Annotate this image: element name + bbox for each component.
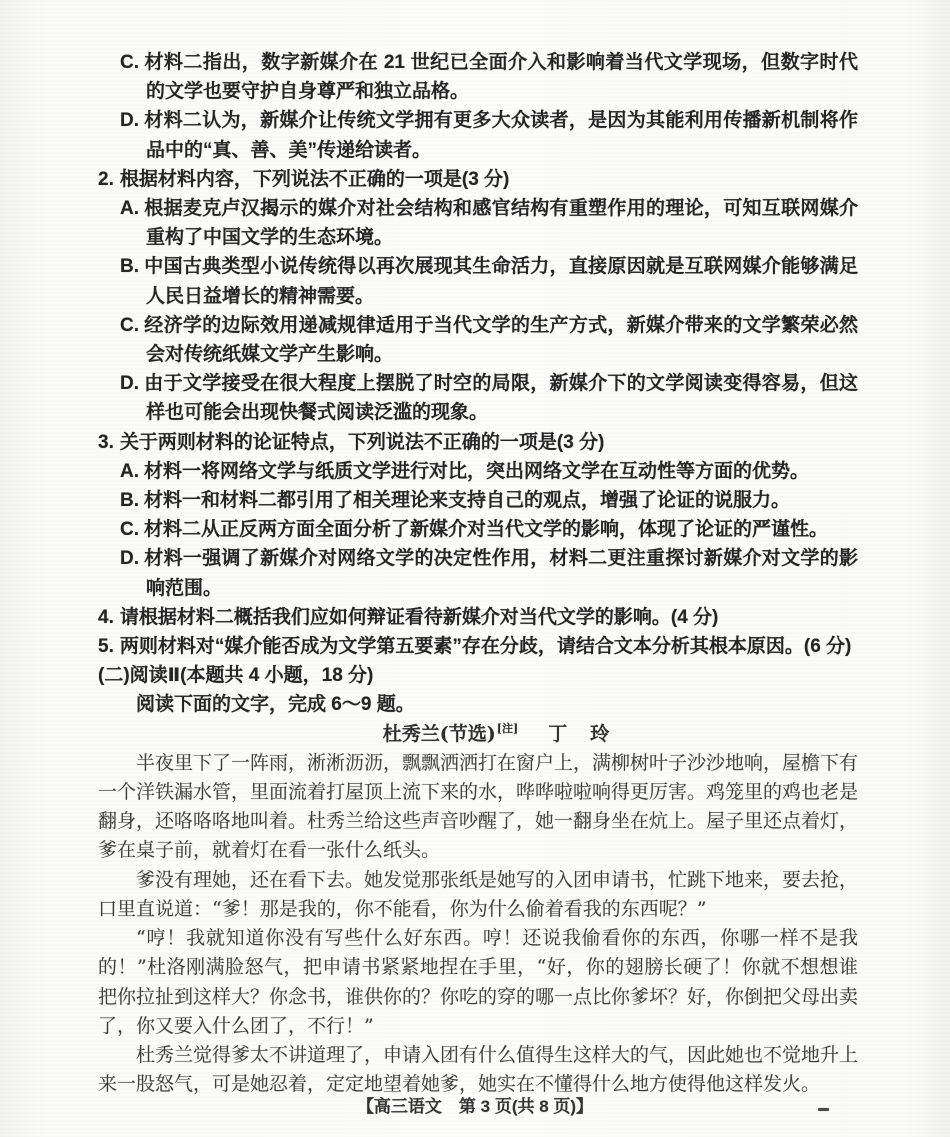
question-stem-text: 根据材料内容，下列说法不正确的一项是(3 分) bbox=[120, 169, 510, 190]
option-text: 材料一强调了新媒介对网络文学的决定性作用，材料二更注重探讨新媒介对文学的影响范围… bbox=[144, 548, 858, 598]
option-label: A. bbox=[120, 198, 139, 219]
option-text: 根据麦克卢汉揭示的媒介对社会结构和感官结构有重塑作用的理论，可知互联网媒介重构了… bbox=[144, 198, 858, 248]
question-number: 4. bbox=[98, 607, 114, 628]
question-stem-text: 两则材料对“媒介能否成为文学第五要素”存在分歧，请结合文本分析其根本原因。(6 … bbox=[120, 636, 852, 657]
option-row: A.根据麦克卢汉揭示的媒介对社会结构和感官结构有重塑作用的理论，可知互联网媒介重… bbox=[98, 194, 858, 252]
option-label: D. bbox=[120, 548, 139, 569]
question-number: 5. bbox=[98, 636, 114, 657]
option-label: A. bbox=[120, 461, 139, 482]
option-row: D.材料一强调了新媒介对网络文学的决定性作用，材料二更注重探讨新媒介对文学的影响… bbox=[98, 544, 858, 602]
option-text: 材料一将网络文学与纸质文学进行对比，突出网络文学在互动性等方面的优势。 bbox=[144, 461, 809, 482]
question-stem: 3.关于两则材料的论证特点，下列说法不正确的一项是(3 分) bbox=[98, 428, 858, 457]
question-stem-text: 请根据材料二概括我们应如何辩证看待新媒介对当代文学的影响。(4 分) bbox=[120, 607, 719, 628]
option-label: B. bbox=[120, 490, 139, 511]
question-number: 3. bbox=[98, 432, 114, 453]
option-row: D.材料二认为，新媒介让传统文学拥有更多大众读者，是因为其能利用传播新机制将作品… bbox=[98, 106, 858, 164]
section-heading: (二)阅读Ⅱ(本题共 4 小题，18 分) bbox=[98, 661, 858, 690]
question-5: 5.两则材料对“媒介能否成为文学第五要素”存在分歧，请结合文本分析其根本原因。(… bbox=[98, 632, 858, 661]
option-text: 材料二认为，新媒介让传统文学拥有更多大众读者，是因为其能利用传播新机制将作品中的… bbox=[144, 110, 858, 160]
exam-page: C.材料二指出，数字新媒介在 21 世纪已全面介入和影响着当代文学现场，但数字时… bbox=[0, 0, 950, 1137]
passage-title: 杜秀兰(节选) bbox=[383, 723, 496, 745]
question-4: 4.请根据材料二概括我们应如何辩证看待新媒介对当代文学的影响。(4 分) bbox=[98, 603, 858, 632]
option-label: D. bbox=[120, 373, 139, 394]
option-text: 由于文学接受在很大程度上摆脱了时空的局限，新媒介下的文学阅读变得容易，但这样也可… bbox=[144, 373, 858, 423]
option-text: 材料一和材料二都引用了相关理论来支持自己的观点，增强了论证的说服力。 bbox=[144, 490, 790, 511]
option-text: 材料二指出，数字新媒介在 21 世纪已全面介入和影响着当代文学现场，但数字时代的… bbox=[144, 52, 858, 102]
section-2-header: (二)阅读Ⅱ(本题共 4 小题，18 分) 阅读下面的文字，完成 6～9 题。 bbox=[98, 661, 858, 719]
option-row: B.中国古典类型小说传统得以再次展现其生命活力，直接原因就是互联网媒介能够满足人… bbox=[98, 252, 858, 310]
question-stem-text: 关于两则材料的论证特点，下列说法不正确的一项是(3 分) bbox=[120, 432, 605, 453]
question-3: 3.关于两则材料的论证特点，下列说法不正确的一项是(3 分) A.材料一将网络文… bbox=[98, 428, 858, 603]
question-stem: 4.请根据材料二概括我们应如何辩证看待新媒介对当代文学的影响。(4 分) bbox=[98, 603, 858, 632]
question-1-options: C.材料二指出，数字新媒介在 21 世纪已全面介入和影响着当代文学现场，但数字时… bbox=[98, 48, 858, 165]
option-text: 材料二从正反两方面全面分析了新媒介对当代文学的影响，体现了论证的严谨性。 bbox=[144, 519, 828, 540]
passage-title-line: 杜秀兰(节选)[注]丁 玲 bbox=[98, 720, 858, 749]
footnote-marker: [注] bbox=[497, 722, 518, 735]
question-stem: 5.两则材料对“媒介能否成为文学第五要素”存在分歧，请结合文本分析其根本原因。(… bbox=[98, 632, 858, 661]
scan-artifact-dash bbox=[818, 1108, 829, 1111]
option-label: C. bbox=[120, 52, 139, 73]
option-row: C.材料二指出，数字新媒介在 21 世纪已全面介入和影响着当代文学现场，但数字时… bbox=[98, 48, 858, 106]
section-instruction: 阅读下面的文字，完成 6～9 题。 bbox=[98, 690, 858, 719]
option-row: C.经济学的边际效用递减规律适用于当代文学的生产方式，新媒介带来的文学繁荣必然会… bbox=[98, 311, 858, 369]
option-row: B.材料一和材料二都引用了相关理论来支持自己的观点，增强了论证的说服力。 bbox=[98, 486, 858, 515]
passage-paragraph: “哼！我就知道你没有写些什么好东西。哼！还说我偷看你的东西，你哪一样不是我的！”… bbox=[98, 924, 858, 1041]
option-label: D. bbox=[120, 110, 139, 131]
reading-passage: 杜秀兰(节选)[注]丁 玲 半夜里下了一阵雨，淅淅沥沥，飘飘洒洒打在窗户上，满柳… bbox=[98, 720, 858, 1100]
option-text: 经济学的边际效用递减规律适用于当代文学的生产方式，新媒介带来的文学繁荣必然会对传… bbox=[144, 315, 858, 365]
passage-author: 丁 玲 bbox=[548, 723, 611, 745]
option-label: C. bbox=[120, 519, 139, 540]
passage-paragraph: 杜秀兰觉得爹太不讲道理了，申请入团有什么值得生这样大的气，因此她也不觉地升上来一… bbox=[98, 1041, 858, 1099]
question-number: 2. bbox=[98, 169, 114, 190]
question-2: 2.根据材料内容，下列说法不正确的一项是(3 分) A.根据麦克卢汉揭示的媒介对… bbox=[98, 165, 858, 428]
question-stem: 2.根据材料内容，下列说法不正确的一项是(3 分) bbox=[98, 165, 858, 194]
option-text: 中国古典类型小说传统得以再次展现其生命活力，直接原因就是互联网媒介能够满足人民日… bbox=[144, 256, 858, 306]
page-footer: 【高三语文 第 3 页(共 8 页)】 bbox=[0, 1092, 950, 1117]
option-label: B. bbox=[120, 256, 139, 277]
passage-paragraph: 半夜里下了一阵雨，淅淅沥沥，飘飘洒洒打在窗户上，满柳树叶子沙沙地响，屋檐下有一个… bbox=[98, 749, 858, 866]
option-row: A.材料一将网络文学与纸质文学进行对比，突出网络文学在互动性等方面的优势。 bbox=[98, 457, 858, 486]
option-row: D.由于文学接受在很大程度上摆脱了时空的局限，新媒介下的文学阅读变得容易，但这样… bbox=[98, 369, 858, 427]
option-label: C. bbox=[120, 315, 139, 336]
page-content: C.材料二指出，数字新媒介在 21 世纪已全面介入和影响着当代文学现场，但数字时… bbox=[98, 48, 858, 1099]
option-row: C.材料二从正反两方面全面分析了新媒介对当代文学的影响，体现了论证的严谨性。 bbox=[98, 515, 858, 544]
passage-paragraph: 爹没有理她，还在看下去。她发觉那张纸是她写的入团申请书，忙跳下地来，要去抢，口里… bbox=[98, 866, 858, 924]
